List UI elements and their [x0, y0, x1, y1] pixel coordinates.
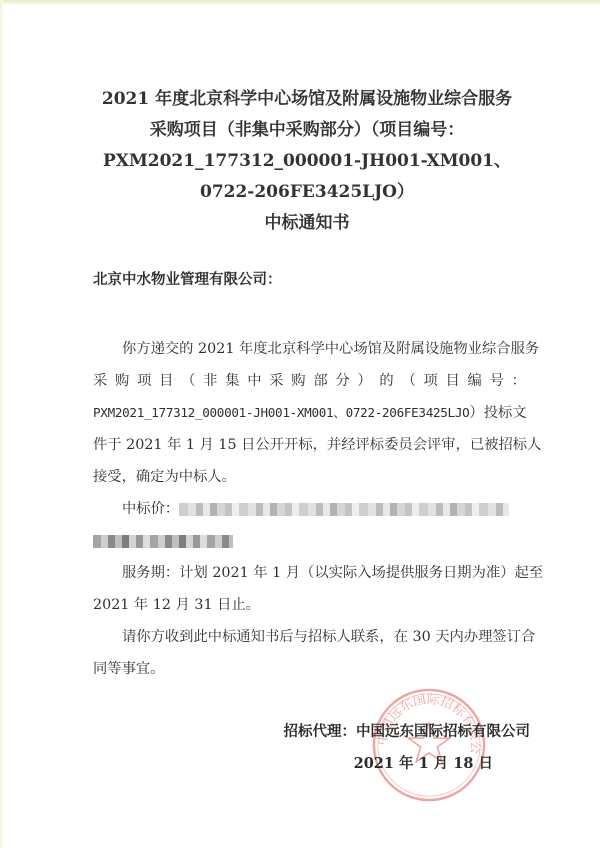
bid-price-label: 中标价：: [122, 501, 179, 517]
contract-line-1: 请你方收到此中标通知书后与招标人联系，在 30 天内办理签订合: [93, 621, 526, 653]
service-line-2: 2021 年 12 月 31 日止。: [93, 589, 526, 621]
title-line-3: PXM2021_177312_000001-JH001-XM001、: [60, 146, 554, 177]
bid-price-redacted-2: [93, 535, 233, 548]
title-line-1: 2021 年度北京科学中心场馆及附属设施物业综合服务: [60, 84, 554, 115]
main-line-2: 采购项目（非集中采购部分）的（项目编号：: [93, 365, 526, 397]
notice-title: 中标通知书: [60, 208, 554, 239]
main-line-3: PXM2021_177312_000001-JH001-XM001、0722-2…: [93, 397, 526, 429]
bid-price-line-2: [93, 525, 526, 557]
document-title: 2021 年度北京科学中心场馆及附属设施物业综合服务 采购项目（非集中采购部分）…: [60, 84, 554, 239]
title-line-2: 采购项目（非集中采购部分）（项目编号：: [60, 115, 554, 146]
main-line-1: 你方递交的 2021 年度北京科学中心场馆及附属设施物业综合服务: [93, 333, 526, 365]
main-line-5: 接受，确定为中标人。: [93, 461, 526, 493]
contract-paragraph: 请你方收到此中标通知书后与招标人联系，在 30 天内办理签订合 同等事宜。: [93, 621, 526, 685]
bid-price-line-1: 中标价：: [93, 493, 526, 525]
recipient: 北京中水物业管理有限公司：: [93, 268, 282, 289]
project-code: PXM2021_177312_000001-JH001-XM001、0722-2…: [93, 405, 469, 420]
signature-block: 招标代理：中国远东国际招标有限公司 2021 年 1 月 18 日: [270, 716, 530, 780]
main-line-4: 件于 2021 年 1 月 15 日公开开标，并经评标委员会评审，已被招标人: [93, 429, 526, 461]
service-line-1: 服务期：计划 2021 年 1 月（以实际入场提供服务日期为准）起至: [93, 557, 526, 589]
contract-line-2: 同等事宜。: [93, 653, 526, 685]
main-line-3-tail: ）投标文: [469, 405, 526, 421]
bid-price-redacted: [179, 503, 509, 516]
scan-edge-top: [0, 0, 600, 4]
scan-edge-left: [0, 0, 3, 848]
main-paragraph: 你方递交的 2021 年度北京科学中心场馆及附属设施物业综合服务 采购项目（非集…: [93, 333, 526, 493]
agent-name: 中国远东国际招标有限公司: [356, 723, 530, 740]
bid-price-paragraph: 中标价：: [93, 493, 526, 557]
service-period-paragraph: 服务期：计划 2021 年 1 月（以实际入场提供服务日期为准）起至 2021 …: [93, 557, 526, 621]
agent-line: 招标代理：中国远东国际招标有限公司: [270, 716, 530, 748]
title-line-4: 0722-206FE3425LJO）: [60, 177, 554, 208]
signature-date: 2021 年 1 月 18 日: [270, 748, 530, 780]
agent-label: 招标代理：: [284, 723, 357, 740]
